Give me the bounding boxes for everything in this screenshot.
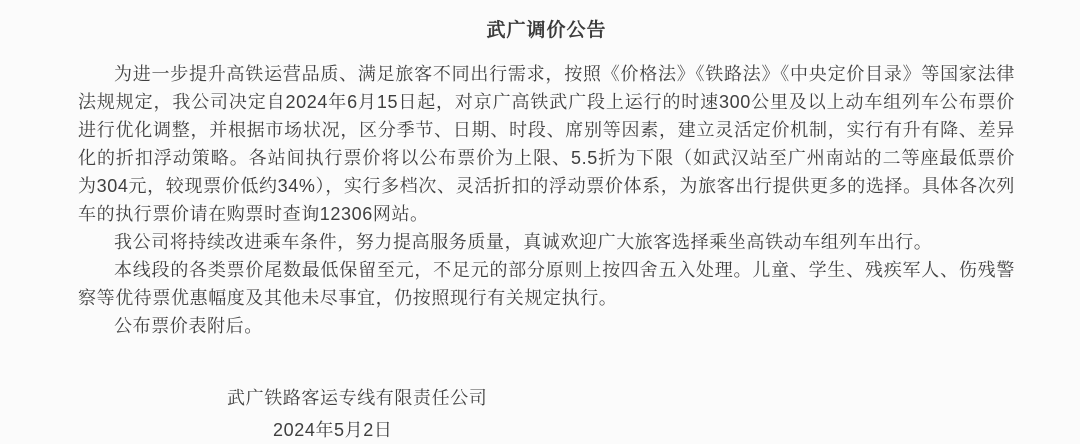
signature-block: 武广铁路客运专线有限责任公司 2024年5月2日 — [78, 384, 1015, 444]
signature-company-name: 武广铁路客运专线有限责任公司 — [78, 384, 1015, 412]
paragraph-rounding-and-discounts: 本线段的各类票价尾数最低保留至元，不足元的部分原则上按四舍五入处理。儿童、学生、… — [78, 256, 1015, 312]
paragraph-price-table-note: 公布票价表附后。 — [78, 312, 1015, 340]
paragraph-service-commitment: 我公司将持续改进乘车条件，努力提高服务质量，真诚欢迎广大旅客选择乘坐高铁动车组列… — [78, 228, 1015, 256]
document-title: 武广调价公告 — [78, 18, 1015, 44]
signature-date: 2024年5月2日 — [78, 416, 1015, 444]
announcement-document: 武广调价公告 为进一步提升高铁运营品质、满足旅客不同出行需求，按照《价格法》《铁… — [0, 0, 1080, 444]
paragraph-pricing-policy: 为进一步提升高铁运营品质、满足旅客不同出行需求，按照《价格法》《铁路法》《中央定… — [78, 60, 1015, 228]
document-body: 为进一步提升高铁运营品质、满足旅客不同出行需求，按照《价格法》《铁路法》《中央定… — [78, 60, 1015, 340]
